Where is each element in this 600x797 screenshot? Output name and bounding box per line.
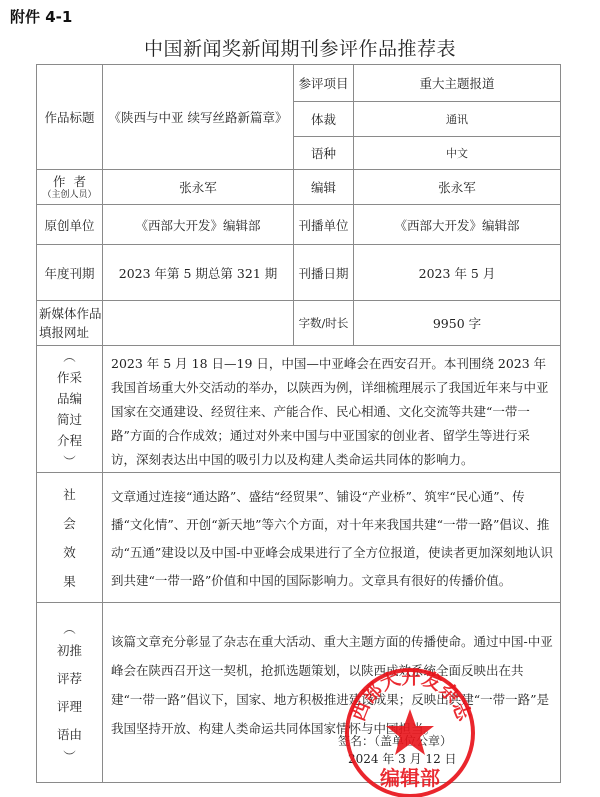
publish-unit-label: 刊播单位	[294, 205, 354, 245]
official-seal-stamp: 西部大开发杂志 编辑部	[340, 663, 480, 797]
author-value: 张永军	[103, 170, 294, 205]
form-title: 中国新闻奖新闻期刊参评作品推荐表	[0, 34, 600, 61]
intro-text: 2023 年 5 月 18 日—19 日，中国—中亚峰会在西安召开。本刊围绕 2…	[103, 346, 561, 473]
publish-unit-value: 《西部大开发》编辑部	[354, 205, 561, 245]
intro-label-line: ︵	[37, 346, 102, 367]
new-media-url-value	[103, 301, 294, 346]
social-effect-text: 文章通过连接“通达路”、盛结“经贸果”、铺设“产业桥”、筑牢“民心通”、传播“文…	[103, 473, 561, 603]
intro-label-cell: ︵ 作采 品编 简过 介程 ︶	[37, 346, 103, 473]
social-effect-label-line: 会	[37, 509, 102, 538]
author-label-cell: 作 者 （主创人员）	[37, 170, 103, 205]
social-effect-label-line: 果	[37, 567, 102, 596]
editor-label: 编辑	[294, 170, 354, 205]
attachment-label: 附件 4-1	[10, 6, 72, 27]
genre-value: 通讯	[354, 102, 561, 137]
star-icon	[386, 709, 434, 755]
work-title-label: 作品标题	[37, 65, 103, 170]
intro-label-line: 作采	[37, 367, 102, 388]
social-effect-label-cell: 社 会 效 果	[37, 473, 103, 603]
word-count-label: 字数/时长	[294, 301, 354, 346]
genre-label: 体裁	[294, 102, 354, 137]
recommendation-label-line: ︵	[37, 621, 102, 637]
editor-value: 张永军	[354, 170, 561, 205]
social-effect-label-line: 效	[37, 538, 102, 567]
recommendation-label-line: ︶	[37, 749, 102, 765]
recommendation-label-cell: ︵ 初推 评荐 评理 语由 ︶	[37, 603, 103, 783]
recommendation-form-table: 作品标题 《陕西与中亚 续写丝路新篇章》 参评项目 重大主题报道 体裁 通讯 语…	[36, 64, 561, 783]
social-effect-label-line: 社	[37, 480, 102, 509]
publish-date-label: 刊播日期	[294, 245, 354, 301]
intro-label-line: 简过	[37, 409, 102, 430]
recommendation-cell: 该篇文章充分彰显了杂志在重大活动、重大主题方面的传播使命。通过中国-中亚峰会在陕…	[103, 603, 561, 783]
intro-label-line: 品编	[37, 388, 102, 409]
author-sublabel: （主创人员）	[37, 189, 102, 201]
language-label: 语种	[294, 137, 354, 170]
entry-item-label: 参评项目	[294, 65, 354, 102]
recommendation-text: 该篇文章充分彰显了杂志在重大活动、重大主题方面的传播使命。通过中国-中亚峰会在陕…	[111, 627, 554, 743]
publish-date-value: 2023 年 5 月	[354, 245, 561, 301]
language-value: 中文	[354, 137, 561, 170]
new-media-url-label-cell: 新媒体作品 填报网址	[37, 301, 103, 346]
intro-label-line: 介程	[37, 430, 102, 451]
word-count-value: 9950 字	[354, 301, 561, 346]
new-media-url-label-line2: 填报网址	[39, 323, 102, 342]
original-unit-value: 《西部大开发》编辑部	[103, 205, 294, 245]
issue-value: 2023 年第 5 期总第 321 期	[103, 245, 294, 301]
work-title-value: 《陕西与中亚 续写丝路新篇章》	[103, 65, 294, 170]
recommendation-label-line: 评荐	[37, 665, 102, 693]
recommendation-label-line: 语由	[37, 721, 102, 749]
entry-item-value: 重大主题报道	[354, 65, 561, 102]
issue-label: 年度刊期	[37, 245, 103, 301]
author-label: 作 者	[37, 174, 102, 189]
original-unit-label: 原创单位	[37, 205, 103, 245]
recommendation-label-line: 初推	[37, 637, 102, 665]
recommendation-label-line: 评理	[37, 693, 102, 721]
intro-label-line: ︶	[37, 451, 102, 472]
stamp-bottom-text: 编辑部	[380, 766, 440, 790]
new-media-url-label-line1: 新媒体作品	[39, 304, 102, 323]
